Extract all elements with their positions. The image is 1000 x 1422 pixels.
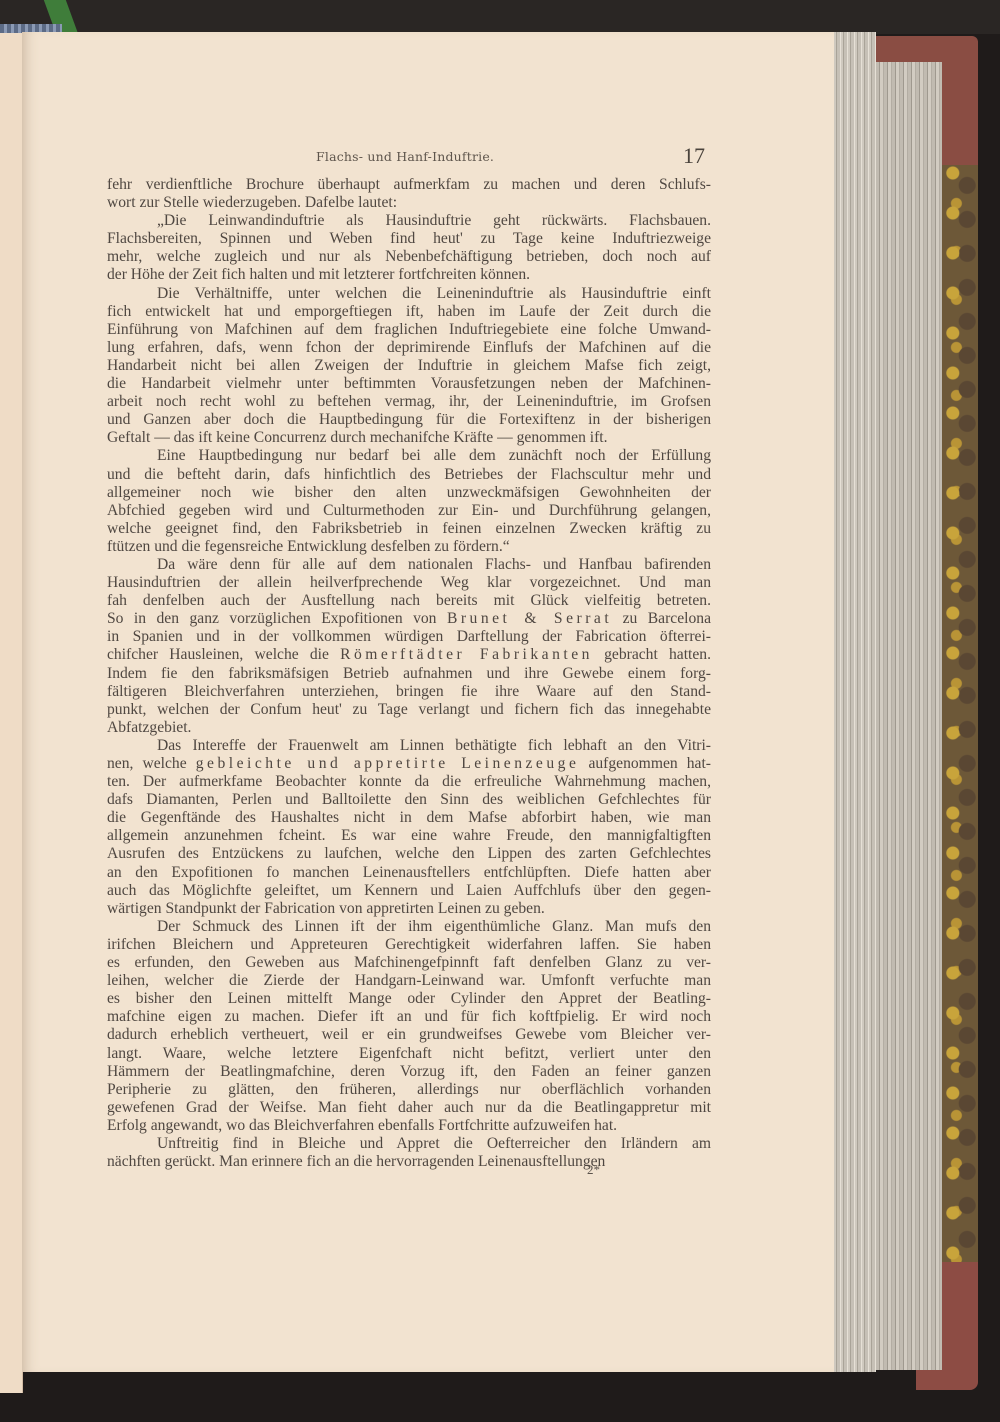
text-line: Ausrufen des Entzückens zu laufchen, wel… xyxy=(107,845,711,863)
facing-page-edge xyxy=(0,33,23,1393)
backdrop xyxy=(0,0,1000,34)
text-line: gewefenen Grad der Weifse. Man fieht dah… xyxy=(107,1099,711,1117)
text-line: Der Schmuck des Linnen ift der ihm eigen… xyxy=(107,918,711,936)
text-line: allgemein anzunehmen fcheint. Es war ein… xyxy=(107,827,711,845)
text-line: Einführung von Mafchinen auf dem fraglic… xyxy=(107,321,711,339)
text-line: Peripherie zu glätten, den früheren, all… xyxy=(107,1081,711,1099)
text-line: So in den ganz vorzüglichen Expofitionen… xyxy=(107,610,711,628)
text-line: allgemeiner noch wie bisher den alten un… xyxy=(107,484,711,502)
text-line: dafs Diamanten, Perlen und Balltoilette … xyxy=(107,791,711,809)
text-line: lung erfahren, dafs, wenn fchon der depr… xyxy=(107,339,711,357)
text-line: leihen, welcher die Zierde der Handgarn-… xyxy=(107,972,711,990)
text-line: fah denfelben auch der Ausftellung nach … xyxy=(107,592,711,610)
text-line: die Gegenftände des Haushaltes nicht in … xyxy=(107,809,711,827)
text-line: dadurch erheblich vertheuert, weil er ei… xyxy=(107,1026,711,1044)
text-line: Hausinduftrien der allein heilverfpreche… xyxy=(107,574,711,592)
running-head: Flachs- und Hanf-Induftrie. xyxy=(316,149,494,164)
body-text: fehr verdienftliche Brochure überhaupt a… xyxy=(107,176,711,1171)
text-line: Abfchied gegeben wird und Culturmethoden… xyxy=(107,502,711,520)
text-line: Geftalt — das ift keine Concurrenz durch… xyxy=(107,429,711,447)
text-line: Da wäre denn für alle auf dem nationalen… xyxy=(107,556,711,574)
text-line: nen, welche gebleichte und appretirte Le… xyxy=(107,755,711,773)
text-line: ten. Der aufmerkfame Beobachter konnte d… xyxy=(107,773,711,791)
text-line: die Handarbeit vielmehr unter beftimmten… xyxy=(107,375,711,393)
text-line: Handarbeit nicht bei allen Zweigen der I… xyxy=(107,357,711,375)
text-line: und Ganzen aber doch die Hauptbedingung … xyxy=(107,411,711,429)
text-line: welche geeignet find, den Fabriksbetrieb… xyxy=(107,520,711,538)
text-line: auch das Möglichfte geleiftet, um Kenner… xyxy=(107,882,711,900)
text-line: in Spanien und in der vollkommen würdige… xyxy=(107,628,711,646)
text-line: Abfatzgebiet. xyxy=(107,719,711,737)
text-line: mafchine eigen zu machen. Diefer ift an … xyxy=(107,1008,711,1026)
page-stack-outer xyxy=(876,62,942,1370)
text-line: und die befteht darin, dafs hinfichtlich… xyxy=(107,466,711,484)
text-line: mehr, welche zugleich und nur als Nebenb… xyxy=(107,248,711,266)
text-line: wort zur Stelle wiederzugeben. Dafelbe l… xyxy=(107,194,711,212)
text-line: der Höhe der Zeit fich halten und mit le… xyxy=(107,266,711,284)
text-line: irifchen Bleichern und Appreteuren Gerec… xyxy=(107,936,711,954)
text-line: fältigeren Bleichverfahren unterziehen, … xyxy=(107,683,711,701)
text-line: chifcher Hausleinen, welche die Römerftä… xyxy=(107,646,711,664)
text-line: punkt, welchen der Confum heut' zu Tage … xyxy=(107,701,711,719)
spaced-emphasis: gebleichte und appretirte Leinenzeuge xyxy=(196,755,580,772)
text-line: Unftreitig find in Bleiche und Appret di… xyxy=(107,1135,711,1153)
text-line: „Die Leinwandinduftrie als Hausinduftrie… xyxy=(107,212,711,230)
text-line: Flachsbereiten, Spinnen und Weben find h… xyxy=(107,230,711,248)
text-line: es erfunden, den Geweben aus Mafchinenge… xyxy=(107,954,711,972)
signature-mark: 2* xyxy=(587,1162,600,1178)
text-line: Erfolg angewandt, wo das Bleichverfahren… xyxy=(107,1117,711,1135)
text-line: Hämmern der Beatlingmafchine, deren Vorz… xyxy=(107,1063,711,1081)
page-stack-inner xyxy=(834,32,876,1372)
text-line: ftützen und die fegensreiche Entwicklung… xyxy=(107,538,711,556)
text-line: fich entwickelt hat und emporgeftiegen i… xyxy=(107,303,711,321)
text-line: wärtigen Standpunkt der Fabrication von … xyxy=(107,900,711,918)
text-line: Indem fie den fabriksmäfsigen Betrieb au… xyxy=(107,665,711,683)
text-line: langt. Waare, welche letztere Eigenfchaf… xyxy=(107,1045,711,1063)
page-number: 17 xyxy=(683,143,705,169)
text-line: an den Expofitionen fo manchen Leinenaus… xyxy=(107,864,711,882)
spaced-emphasis: Brunet & Serrat xyxy=(447,610,612,627)
spaced-emphasis: Römerftädter Fabrikanten xyxy=(340,646,593,663)
text-line: Das Intereffe der Frauenwelt am Linnen b… xyxy=(107,737,711,755)
text-line: es bisher den Leinen mittelft Mange oder… xyxy=(107,990,711,1008)
text-line: arbeit noch recht wohl zu beftehen verma… xyxy=(107,393,711,411)
text-line: nächften gerückt. Man erinnere fich an d… xyxy=(107,1153,711,1171)
marbled-cover-edge xyxy=(942,165,978,1265)
text-line: fehr verdienftliche Brochure überhaupt a… xyxy=(107,176,711,194)
text-line: Eine Hauptbedingung nur bedarf bei alle … xyxy=(107,447,711,465)
text-line: Die Verhältniffe, unter welchen die Lein… xyxy=(107,285,711,303)
